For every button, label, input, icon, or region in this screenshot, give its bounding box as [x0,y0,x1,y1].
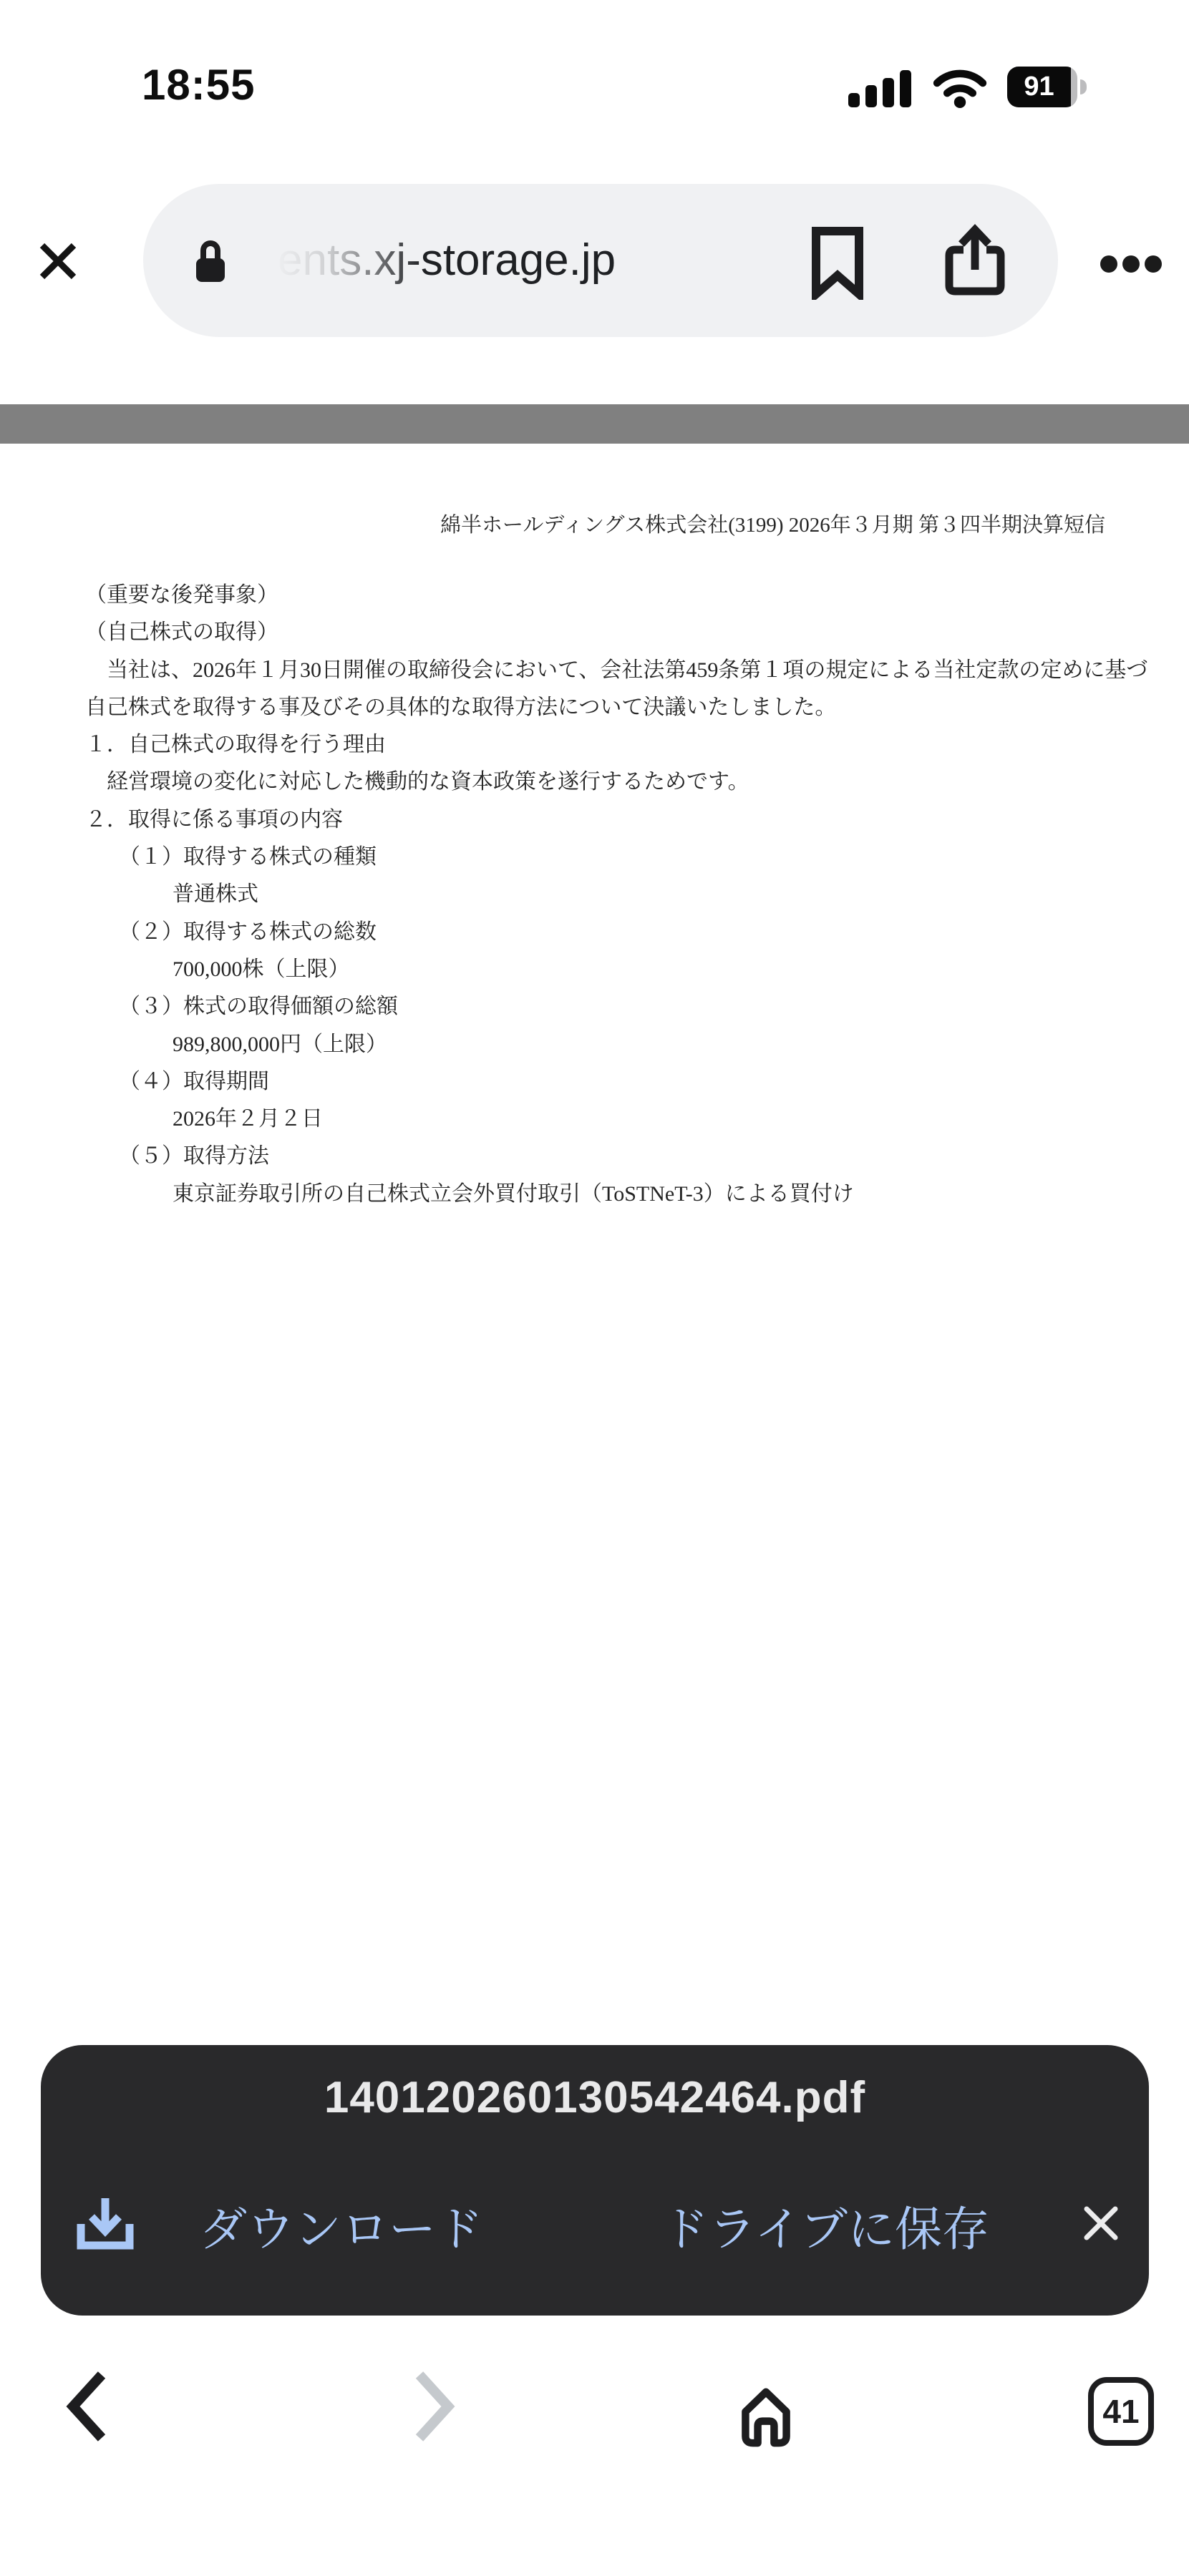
pdf-document-header: 綿半ホールディングス株式会社(3199) 2026年３月期 第３四半期決算短信 [440,509,1105,538]
document-line: （重要な後発事象） [0,577,1189,614]
document-line: 2026年２月２日 [0,1101,1189,1138]
download-icon[interactable] [74,2195,136,2253]
status-time: 18:55 [142,60,255,109]
document-line: （３）株式の取得価額の総額 [0,988,1189,1025]
document-line: （１）取得する株式の種類 [0,839,1189,876]
wifi-icon [932,69,988,108]
download-button[interactable]: ダウンロード [200,2191,483,2259]
tab-switcher-button[interactable]: 41 [1088,2377,1154,2446]
document-line: （２）取得する株式の総数 [0,914,1189,951]
document-line: 989,800,000円（上限） [0,1026,1189,1063]
document-line: 700,000株（上限） [0,951,1189,988]
document-line: （５）取得方法 [0,1138,1189,1175]
phone-screen: 18:55 91 [0,0,1189,2576]
document-line: （自己株式の取得） [0,614,1189,651]
battery-tip [1080,79,1087,94]
more-menu-icon[interactable] [1100,255,1163,273]
toast-close-icon[interactable] [1080,2204,1122,2243]
nav-home-button[interactable] [737,2380,795,2453]
cellular-signal-icon [848,69,911,107]
url-text: ents.xj-storage.jp [278,231,616,290]
battery-percent: 91 [1007,67,1071,107]
nav-forward-button[interactable] [409,2371,461,2441]
pdf-document-body: （重要な後発事象）（自己株式の取得） 当社は、2026年１月30日開催の取締役会… [0,577,1189,1213]
document-line: 普通株式 [0,876,1189,913]
save-to-drive-button[interactable]: ドライブに保存 [661,2191,989,2259]
nav-back-button[interactable] [60,2371,112,2441]
document-line: 自己株式を取得する事及びその具体的な取得方法について決議いたしました。 [0,689,1189,726]
document-line: 当社は、2026年１月30日開催の取締役会において、会社法第459条第１項の規定… [0,652,1189,689]
share-icon[interactable] [942,223,1008,300]
download-filename: 140120260130542464.pdf [41,2072,1149,2123]
document-line: 経営環境の変化に対応した機動的な資本政策を遂行するためです。 [0,763,1189,801]
lock-icon[interactable] [193,238,228,284]
url-bar[interactable]: ents.xj-storage.jp [143,184,1058,337]
battery-body: 91 [1007,67,1077,107]
close-tab-button[interactable] [37,240,79,282]
bookmark-icon[interactable] [809,225,866,300]
document-line: （４）取得期間 [0,1063,1189,1101]
battery-icon: 91 [1007,67,1087,107]
tab-count: 41 [1102,2392,1139,2431]
document-line: ２．取得に係る事項の内容 [0,801,1189,839]
pdf-page-divider-bar [0,404,1189,444]
download-toast: 140120260130542464.pdf ダウンロード ドライブに保存 [41,2045,1149,2316]
document-line: １．自己株式の取得を行う理由 [0,726,1189,763]
document-line: 東京証券取引所の自己株式立会外買付取引（ToSTNeT-3）による買付け [0,1176,1189,1213]
